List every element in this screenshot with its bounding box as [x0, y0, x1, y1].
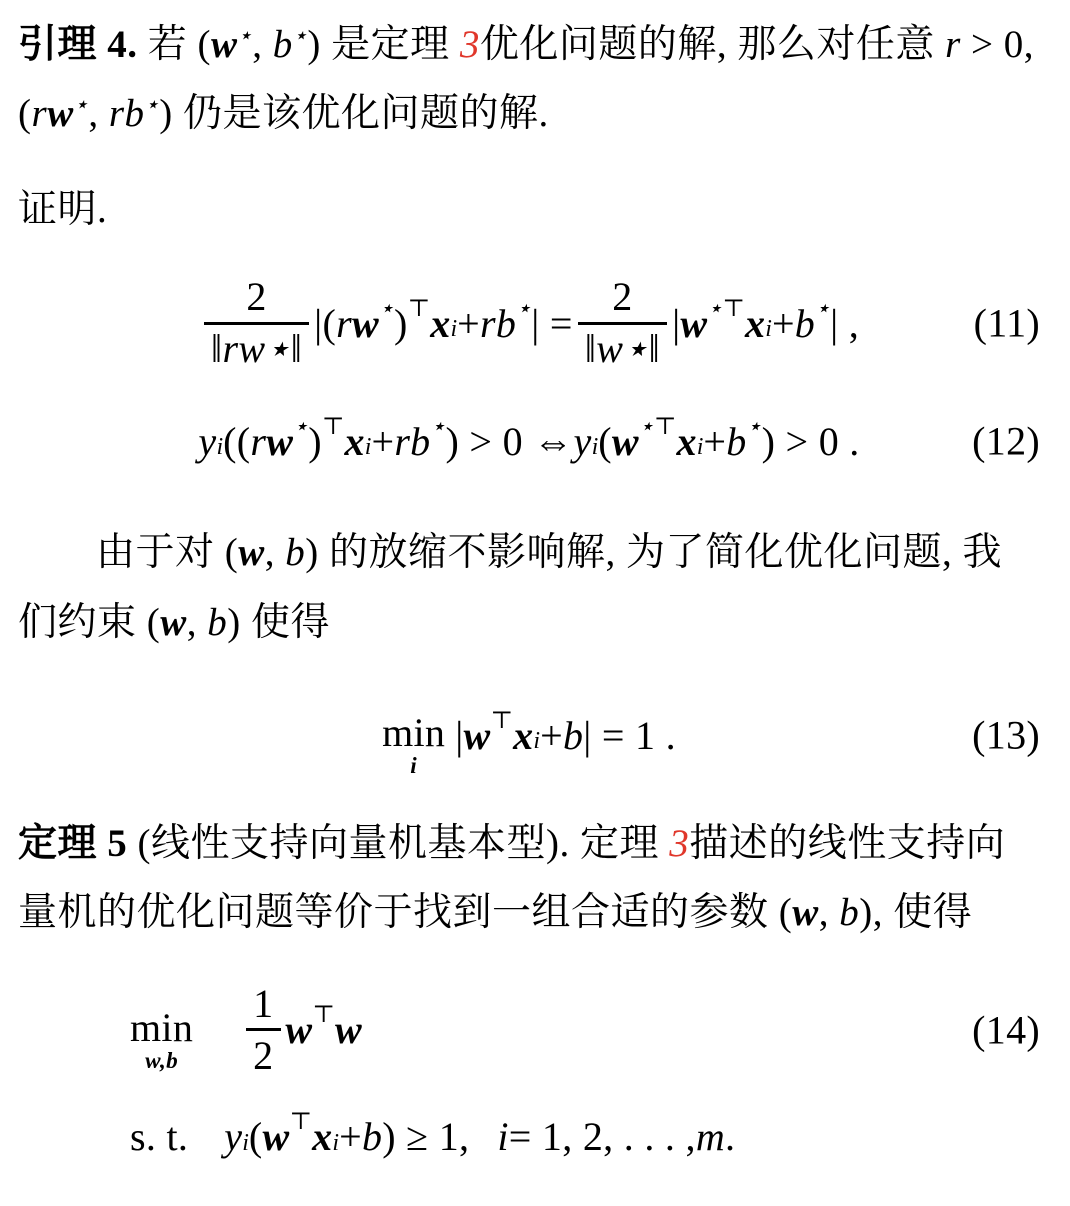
min-operator: mini: [382, 712, 445, 780]
text-token: ⋆: [293, 412, 308, 441]
theorem-5-statement: 定理 5 (线性支持向量机基本型). 定理 3描述的线性支持向量机的优化问题等价…: [18, 809, 1040, 948]
text-token: b: [726, 418, 746, 465]
text-token: ) ≥ 1,: [382, 1113, 469, 1160]
text-token: ⋆: [145, 92, 160, 118]
text-token: ,: [88, 92, 109, 135]
text-token: b: [563, 712, 583, 759]
text-token: i: [365, 434, 372, 461]
equation-14-objective: minw,b12w⊤w (14): [18, 970, 1040, 1090]
text-token: | =: [531, 300, 572, 347]
text-token: 引理 4.: [18, 23, 148, 66]
text-token: +: [457, 300, 480, 347]
text-token: ) 使得: [227, 601, 330, 644]
min-operator: minw,b: [130, 1007, 193, 1075]
text-token: i: [697, 434, 704, 461]
text-token: (: [249, 1113, 263, 1160]
text-token: w: [352, 300, 379, 347]
text-token: (: [598, 418, 612, 465]
equation-12-body: yi((rw⋆)⊤xi + rb⋆) > 0 ⇔ yi(w⋆⊤xi + b⋆) …: [198, 418, 859, 465]
text-token: b: [839, 891, 859, 934]
equation-14-number: (14): [972, 1006, 1040, 1053]
text-token: | = 1 .: [583, 712, 676, 759]
text-token: ) > 0 ⇔: [446, 418, 574, 465]
text-token: ) > 0 .: [762, 418, 860, 465]
lemma-4-statement: 引理 4. 若 (w⋆, b⋆) 是定理 3优化问题的解, 那么对任意 r > …: [18, 10, 1040, 149]
text-token: x: [312, 1113, 332, 1160]
text-token: r: [336, 300, 352, 347]
text-token: w: [612, 418, 639, 465]
text-token: r: [250, 418, 266, 465]
text-token: ,: [187, 601, 208, 644]
text-token: ,: [819, 891, 840, 934]
text-token: ⋆: [238, 23, 253, 49]
text-token: y: [198, 418, 216, 465]
text-token: b: [285, 531, 305, 574]
equation-13-number: (13): [972, 712, 1040, 759]
text-token: +: [772, 300, 795, 347]
text-token: ) 是定理: [307, 23, 460, 66]
text-token: rb: [480, 300, 516, 347]
text-token: ⋆: [430, 412, 445, 441]
text-token: s. t.: [130, 1113, 188, 1160]
text-token: b: [273, 23, 293, 66]
text-token: ⊤: [408, 294, 431, 323]
text-token: w: [335, 1006, 362, 1053]
text-token: b: [362, 1113, 382, 1160]
text-token: +: [339, 1113, 362, 1160]
text-token: x: [344, 418, 364, 465]
text-token: rb: [109, 92, 145, 135]
equation-11-body: 2‖rw⋆‖|(rw⋆)⊤xi + rb⋆| = 2‖w⋆‖|w⋆⊤xi + b…: [199, 274, 859, 372]
text-token: w: [464, 712, 491, 759]
text-token: w: [263, 1113, 290, 1160]
operator-min: min: [382, 712, 445, 754]
text-token: .: [725, 1113, 735, 1160]
fraction-denominator: ‖w⋆‖: [578, 322, 668, 373]
operator-min: min: [130, 1007, 193, 1049]
text-token: ⋆: [747, 412, 762, 441]
text-token: |(: [314, 300, 336, 347]
text-token: ⋆: [379, 294, 394, 323]
text-token: w: [285, 1006, 312, 1053]
text-token: rb: [394, 418, 430, 465]
text-token: x: [430, 300, 450, 347]
text-token: i: [497, 1113, 508, 1160]
text-token: x: [676, 418, 696, 465]
text-token: m: [696, 1113, 725, 1160]
text-token: i: [592, 434, 599, 461]
text-token: | ,: [830, 300, 859, 347]
text-token: i: [242, 1130, 249, 1157]
text-token: +: [540, 712, 563, 759]
text-token: +: [371, 418, 394, 465]
fraction: 2‖rw⋆‖: [204, 274, 310, 372]
text-token: ⊤: [322, 412, 345, 441]
text-token: |: [455, 712, 463, 759]
document-page: 引理 4. 若 (w⋆, b⋆) 是定理 3优化问题的解, 那么对任意 r > …: [0, 0, 1070, 1206]
text-token: 证明.: [18, 188, 107, 231]
scaling-remark-paragraph: 由于对 (w, b) 的放缩不影响解, 为了简化优化问题, 我们约束 (w, b…: [18, 518, 1040, 657]
text-token: i: [332, 1130, 339, 1157]
text-token: ⋆: [74, 92, 89, 118]
text-token: r: [32, 92, 48, 135]
text-token: w: [211, 23, 238, 66]
equation-11: 2‖rw⋆‖|(rw⋆)⊤xi + rb⋆| = 2‖w⋆‖|w⋆⊤xi + b…: [18, 262, 1040, 384]
text-token: r: [945, 23, 961, 66]
text-token: i: [451, 316, 458, 343]
text-token: w: [266, 418, 293, 465]
fraction-numerator: 2: [605, 274, 640, 322]
equation-14-constraint: s. t.yi(w⊤xi + b) ≥ 1,i = 1, 2, . . . , …: [18, 1094, 1040, 1180]
text-token: x: [745, 300, 765, 347]
text-token: i: [765, 316, 772, 343]
reference-link-3[interactable]: 3: [669, 822, 689, 865]
text-token: ): [308, 418, 322, 465]
text-token: w: [238, 531, 265, 574]
text-token: ,: [252, 23, 273, 66]
fraction-denominator: 2: [246, 1028, 281, 1079]
text-token: 若 (: [148, 23, 211, 66]
text-token: ((: [223, 418, 250, 465]
text-token: 优化问题的解, 那么对任意: [480, 23, 945, 66]
text-token: w: [680, 300, 707, 347]
equation-12-number: (12): [972, 418, 1040, 465]
text-token: 定理 5: [18, 822, 138, 865]
fraction-denominator: ‖rw⋆‖: [204, 322, 310, 373]
text-token: (线性支持向量机基本型). 定理: [138, 822, 670, 865]
text-token: x: [513, 712, 533, 759]
text-token: +: [703, 418, 726, 465]
equation-11-number: (11): [974, 300, 1040, 347]
text-token: ⋆: [815, 294, 830, 323]
fraction-numerator: 2: [239, 274, 274, 322]
fraction-numerator: 1: [246, 981, 281, 1029]
text-token: ⊤: [312, 1000, 335, 1029]
text-token: ⋆⊤: [707, 294, 745, 323]
equation-13-body: mini|w⊤xi + b| = 1 .: [382, 701, 676, 769]
text-token: ⋆: [293, 23, 308, 49]
text-token: w: [47, 92, 74, 135]
text-token: 由于对 (: [96, 531, 238, 574]
text-token: i: [533, 728, 540, 755]
proof-label: 证明.: [18, 175, 1040, 244]
text-token: b: [207, 601, 227, 644]
text-token: y: [224, 1113, 242, 1160]
text-token: ) 仍是该优化问题的解.: [159, 92, 549, 135]
text-token: ⊤: [491, 706, 514, 735]
text-token: |: [672, 300, 680, 347]
reference-link-3[interactable]: 3: [460, 23, 480, 66]
text-token: ,: [265, 531, 286, 574]
text-token: ⋆: [516, 294, 531, 323]
equation-13: mini|w⊤xi + b| = 1 . (13): [18, 687, 1040, 783]
text-token: y: [574, 418, 592, 465]
text-token: ⊤: [290, 1107, 313, 1136]
operator-under-limits: w,b: [145, 1049, 178, 1075]
fraction: 12: [246, 981, 281, 1079]
text-token: b: [795, 300, 815, 347]
text-token: = 1, 2, . . . ,: [509, 1113, 696, 1160]
fraction: 2‖w⋆‖: [578, 274, 668, 372]
text-token: ), 使得: [859, 891, 972, 934]
text-token: ⋆⊤: [639, 412, 677, 441]
text-token: ): [394, 300, 408, 347]
equation-12: yi((rw⋆)⊤xi + rb⋆) > 0 ⇔ yi(w⋆⊤xi + b⋆) …: [18, 404, 1040, 478]
text-token: w: [160, 601, 187, 644]
text-token: w: [792, 891, 819, 934]
operator-under-limits: i: [410, 754, 417, 780]
equation-14-objective-body: minw,b12w⊤w: [130, 981, 362, 1079]
equation-14-constraint-body: s. t.yi(w⊤xi + b) ≥ 1,i = 1, 2, . . . , …: [130, 1113, 735, 1160]
text-token: i: [216, 434, 223, 461]
